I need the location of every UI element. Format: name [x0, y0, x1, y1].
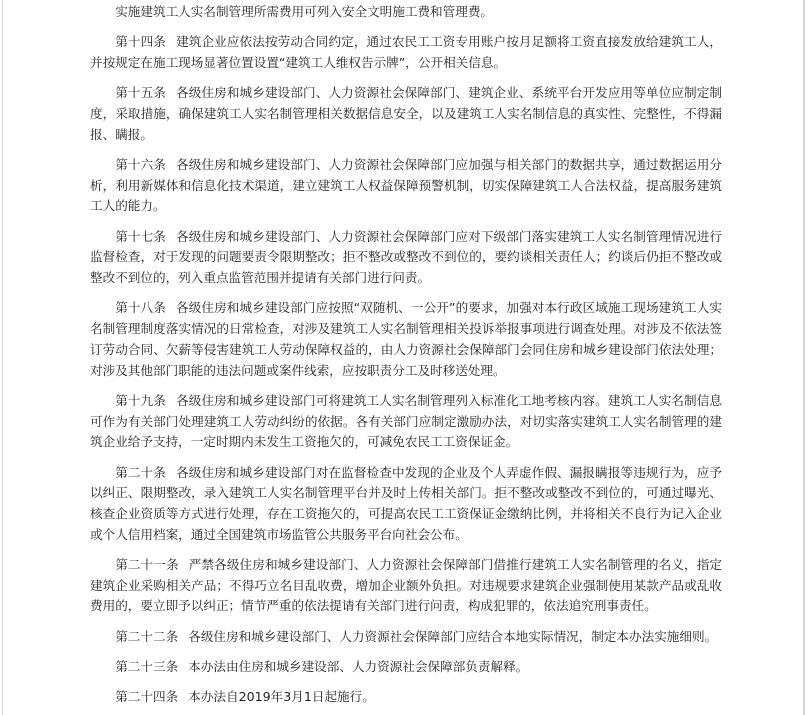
article-number: 第二十二条 [115, 629, 178, 644]
article-20: 第二十条各级住房和城乡建设部门对在监督检查中发现的企业及个人弄虚作假、漏报瞒报等… [90, 463, 722, 546]
article-16: 第十六条各级住房和城乡建设部门、人力资源社会保障部门应加强与相关部门的数据共享，… [90, 155, 722, 217]
article-number: 第二十四条 [115, 689, 178, 704]
paragraph-text: 各级住房和城乡建设部门对在监督检查中发现的企业及个人弄虚作假、漏报瞒报等违规行为… [90, 465, 722, 542]
article-17: 第十七条各级住房和城乡建设部门、人力资源社会保障部门应对下级部门落实建筑工人实名… [90, 227, 722, 289]
document-page: 实施建筑工人实名制管理所需费用可列入安全文明施工费和管理费。 第十四条建筑企业应… [2, 0, 805, 715]
article-19: 第十九条各级住房和城乡建设部门可将建筑工人实名制管理列入标准化工地考核内容。建筑… [90, 391, 722, 453]
paragraph-text: 本办法自2019年3月1日起施行。 [188, 689, 375, 704]
paragraph-text: 各级住房和城乡建设部门可将建筑工人实名制管理列入标准化工地考核内容。建筑工人实名… [90, 393, 722, 449]
paragraph-text: 实施建筑工人实名制管理所需费用可列入安全文明施工费和管理费。 [115, 4, 493, 19]
article-23: 第二十三条本办法由住房和城乡建设部、人力资源社会保障部负责解释。 [90, 657, 722, 678]
article-number: 第十五条 [115, 85, 166, 100]
paragraph-continuation: 实施建筑工人实名制管理所需费用可列入安全文明施工费和管理费。 [90, 2, 722, 23]
paragraph-text: 各级住房和城乡建设部门应按照“双随机、一公开”的要求，加强对本行政区域施工现场建… [90, 300, 722, 377]
article-15: 第十五条各级住房和城乡建设部门、人力资源社会保障部门、建筑企业、系统平台开发应用… [90, 83, 722, 145]
article-18: 第十八条各级住房和城乡建设部门应按照“双随机、一公开”的要求，加强对本行政区域施… [90, 298, 722, 381]
article-24: 第二十四条本办法自2019年3月1日起施行。 [90, 687, 722, 708]
article-number: 第十六条 [115, 157, 166, 172]
article-21: 第二十一条严禁各级住房和城乡建设部门、人力资源社会保障部门借推行建筑工人实名制管… [90, 555, 722, 617]
article-number: 第十九条 [115, 393, 166, 408]
article-number: 第十七条 [115, 229, 166, 244]
article-number: 第十四条 [115, 34, 166, 49]
article-number: 第十八条 [115, 300, 166, 315]
paragraph-text: 严禁各级住房和城乡建设部门、人力资源社会保障部门借推行建筑工人实名制管理的名义，… [90, 557, 722, 613]
paragraph-text: 本办法由住房和城乡建设部、人力资源社会保障部负责解释。 [188, 659, 528, 674]
article-body: 实施建筑工人实名制管理所需费用可列入安全文明施工费和管理费。 第十四条建筑企业应… [90, 2, 722, 715]
paragraph-text: 各级住房和城乡建设部门、人力资源社会保障部门、建筑企业、系统平台开发应用等单位应… [90, 85, 722, 141]
paragraph-text: 建筑企业应依法按劳动合同约定，通过农民工工资专用账户按月足额将工资直接发放给建筑… [90, 34, 722, 70]
article-number: 第二十一条 [115, 557, 179, 572]
article-number: 第二十条 [115, 465, 166, 480]
article-number: 第二十三条 [115, 659, 178, 674]
article-14: 第十四条建筑企业应依法按劳动合同约定，通过农民工工资专用账户按月足额将工资直接发… [90, 32, 722, 73]
paragraph-text: 各级住房和城乡建设部门、人力资源社会保障部门应加强与相关部门的数据共享，通过数据… [90, 157, 722, 213]
article-22: 第二十二条各级住房和城乡建设部门、人力资源社会保障部门应结合本地实际情况，制定本… [90, 627, 722, 648]
paragraph-text: 各级住房和城乡建设部门、人力资源社会保障部门应对下级部门落实建筑工人实名制管理情… [90, 229, 722, 285]
paragraph-text: 各级住房和城乡建设部门、人力资源社会保障部门应结合本地实际情况，制定本办法实施细… [188, 629, 717, 644]
